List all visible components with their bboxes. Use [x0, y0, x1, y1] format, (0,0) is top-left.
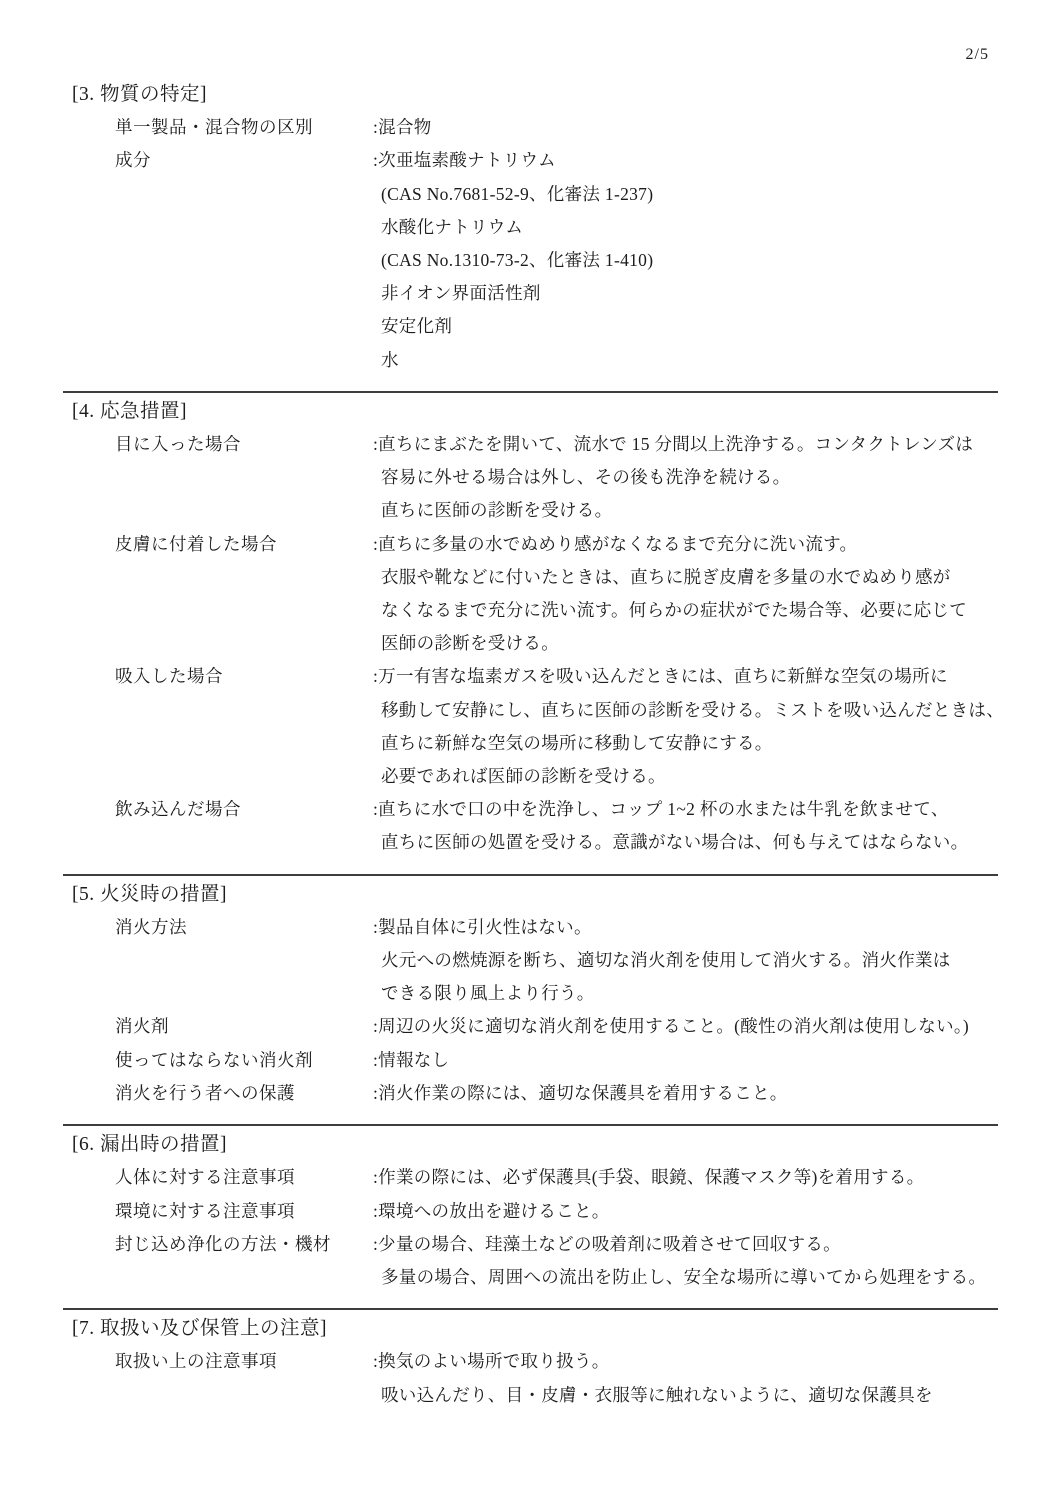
field-label: 人体に対する注意事項 [115, 1161, 373, 1194]
section-title: [5. 火災時の措置] [72, 878, 1061, 911]
section-title: [6. 漏出時の措置] [72, 1128, 1061, 1161]
field-row: 消火を行う者への保護 :消火作業の際には、適切な保護具を着用すること。 [115, 1077, 1061, 1110]
section-divider [63, 1308, 998, 1310]
field-row: 皮膚に付着した場合 :直ちに多量の水でぬめり感がなくなるまで充分に洗い流す。 衣… [115, 528, 1061, 661]
value-line: :周辺の火災に適切な消火剤を使用すること。(酸性の消火剤は使用しない。) [373, 1010, 1061, 1043]
field-value: :周辺の火災に適切な消火剤を使用すること。(酸性の消火剤は使用しない。) [373, 1010, 1061, 1043]
field-label: 成分 [115, 144, 373, 177]
value-line: :万一有害な塩素ガスを吸い込んだときには、直ちに新鮮な空気の場所に [373, 660, 1061, 693]
field-value: :混合物 [373, 111, 1061, 144]
page-number: 2/5 [966, 46, 989, 64]
field-label: 単一製品・混合物の区別 [115, 111, 373, 144]
section-first-aid: [4. 応急措置] 目に入った場合 :直ちにまぶたを開いて、流水で 15 分間以… [0, 395, 1061, 860]
field-value: :少量の場合、珪藻土などの吸着剤に吸着させて回収する。 多量の場合、周囲への流出… [373, 1228, 1061, 1294]
value-line: :次亜塩素酸ナトリウム [373, 144, 1061, 177]
field-row: 封じ込め浄化の方法・機材 :少量の場合、珪藻土などの吸着剤に吸着させて回収する。… [115, 1228, 1061, 1294]
value-line: 吸い込んだり、目・皮膚・衣服等に触れないように、適切な保護具を [373, 1379, 1061, 1412]
field-value: :環境への放出を避けること。 [373, 1195, 1061, 1228]
value-line: :消火作業の際には、適切な保護具を着用すること。 [373, 1077, 1061, 1110]
field-label: 消火方法 [115, 911, 373, 944]
field-value: :製品自体に引火性はない。 火元への燃焼源を断ち、適切な消火剤を使用して消火する… [373, 911, 1061, 1011]
field-row: 成分 :次亜塩素酸ナトリウム (CAS No.7681-52-9、化審法 1-2… [115, 144, 1061, 376]
field-value: :次亜塩素酸ナトリウム (CAS No.7681-52-9、化審法 1-237)… [373, 144, 1061, 376]
value-line: 必要であれば医師の診断を受ける。 [373, 760, 1061, 793]
value-line: :混合物 [373, 111, 1061, 144]
field-row: 環境に対する注意事項 :環境への放出を避けること。 [115, 1195, 1061, 1228]
value-line: (CAS No.7681-52-9、化審法 1-237) [373, 178, 1061, 211]
field-value: :換気のよい場所で取り扱う。 吸い込んだり、目・皮膚・衣服等に触れないように、適… [373, 1345, 1061, 1411]
field-label: 消火剤 [115, 1010, 373, 1043]
value-line: 直ちに医師の処置を受ける。意識がない場合は、何も与えてはならない。 [373, 826, 1061, 859]
value-line: 火元への燃焼源を断ち、適切な消火剤を使用して消火する。消火作業は [373, 944, 1061, 977]
value-line: 移動して安静にし、直ちに医師の診断を受ける。ミストを吸い込んだときは、 [373, 694, 1061, 727]
value-line: :直ちにまぶたを開いて、流水で 15 分間以上洗浄する。コンタクトレンズは [373, 428, 1061, 461]
section-title: [4. 応急措置] [72, 395, 1061, 428]
field-label: 皮膚に付着した場合 [115, 528, 373, 561]
field-row: 消火方法 :製品自体に引火性はない。 火元への燃焼源を断ち、適切な消火剤を使用し… [115, 911, 1061, 1011]
value-line: 医師の診断を受ける。 [373, 627, 1061, 660]
field-row: 飲み込んだ場合 :直ちに水で口の中を洗浄し、コップ 1~2 杯の水または牛乳を飲… [115, 793, 1061, 859]
value-line: :環境への放出を避けること。 [373, 1195, 1061, 1228]
field-row: 人体に対する注意事項 :作業の際には、必ず保護具(手袋、眼鏡、保護マスク等)を着… [115, 1161, 1061, 1194]
section-title: [7. 取扱い及び保管上の注意] [72, 1312, 1061, 1345]
field-value: :消火作業の際には、適切な保護具を着用すること。 [373, 1077, 1061, 1110]
field-value: :直ちに多量の水でぬめり感がなくなるまで充分に洗い流す。 衣服や靴などに付いたと… [373, 528, 1061, 661]
field-value: :情報なし [373, 1044, 1061, 1077]
value-line: 水 [373, 344, 1061, 377]
value-line: 容易に外せる場合は外し、その後も洗浄を続ける。 [373, 461, 1061, 494]
field-row: 単一製品・混合物の区別 :混合物 [115, 111, 1061, 144]
value-line: できる限り風上より行う。 [373, 977, 1061, 1010]
section-fire-fighting: [5. 火災時の措置] 消火方法 :製品自体に引火性はない。 火元への燃焼源を断… [0, 878, 1061, 1110]
field-label: 取扱い上の注意事項 [115, 1345, 373, 1378]
field-value: :直ちに水で口の中を洗浄し、コップ 1~2 杯の水または牛乳を飲ませて、 直ちに… [373, 793, 1061, 859]
field-row: 消火剤 :周辺の火災に適切な消火剤を使用すること。(酸性の消火剤は使用しない。) [115, 1010, 1061, 1043]
field-value: :万一有害な塩素ガスを吸い込んだときには、直ちに新鮮な空気の場所に 移動して安静… [373, 660, 1061, 793]
section-accidental-release: [6. 漏出時の措置] 人体に対する注意事項 :作業の際には、必ず保護具(手袋、… [0, 1128, 1061, 1294]
field-row: 取扱い上の注意事項 :換気のよい場所で取り扱う。 吸い込んだり、目・皮膚・衣服等… [115, 1345, 1061, 1411]
value-line: 直ちに新鮮な空気の場所に移動して安静にする。 [373, 727, 1061, 760]
field-label: 吸入した場合 [115, 660, 373, 693]
value-line: 直ちに医師の診断を受ける。 [373, 494, 1061, 527]
value-line: (CAS No.1310-73-2、化審法 1-410) [373, 244, 1061, 277]
field-row: 使ってはならない消火剤 :情報なし [115, 1044, 1061, 1077]
field-label: 目に入った場合 [115, 428, 373, 461]
value-line: :換気のよい場所で取り扱う。 [373, 1345, 1061, 1378]
value-line: :直ちに多量の水でぬめり感がなくなるまで充分に洗い流す。 [373, 528, 1061, 561]
value-line: 非イオン界面活性剤 [373, 277, 1061, 310]
value-line: :製品自体に引火性はない。 [373, 911, 1061, 944]
section-divider [63, 874, 998, 876]
field-row: 目に入った場合 :直ちにまぶたを開いて、流水で 15 分間以上洗浄する。コンタク… [115, 428, 1061, 528]
section-material-identification: [3. 物質の特定] 単一製品・混合物の区別 :混合物 成分 :次亜塩素酸ナトリ… [0, 0, 1061, 377]
section-handling-storage: [7. 取扱い及び保管上の注意] 取扱い上の注意事項 :換気のよい場所で取り扱う… [0, 1312, 1061, 1412]
section-divider [63, 1124, 998, 1126]
value-line: なくなるまで充分に洗い流す。何らかの症状がでた場合等、必要に応じて [373, 594, 1061, 627]
sds-document-page: 2/5 [3. 物質の特定] 単一製品・混合物の区別 :混合物 成分 :次亜塩素… [0, 0, 1061, 1500]
field-label: 消火を行う者への保護 [115, 1077, 373, 1110]
field-value: :直ちにまぶたを開いて、流水で 15 分間以上洗浄する。コンタクトレンズは 容易… [373, 428, 1061, 528]
value-line: :作業の際には、必ず保護具(手袋、眼鏡、保護マスク等)を着用する。 [373, 1161, 1061, 1194]
field-value: :作業の際には、必ず保護具(手袋、眼鏡、保護マスク等)を着用する。 [373, 1161, 1061, 1194]
field-label: 封じ込め浄化の方法・機材 [115, 1228, 373, 1261]
value-line: 水酸化ナトリウム [373, 211, 1061, 244]
value-line: 安定化剤 [373, 310, 1061, 343]
value-line: :情報なし [373, 1044, 1061, 1077]
field-label: 使ってはならない消火剤 [115, 1044, 373, 1077]
field-label: 環境に対する注意事項 [115, 1195, 373, 1228]
field-label: 飲み込んだ場合 [115, 793, 373, 826]
value-line: :直ちに水で口の中を洗浄し、コップ 1~2 杯の水または牛乳を飲ませて、 [373, 793, 1061, 826]
section-divider [63, 391, 998, 393]
value-line: 衣服や靴などに付いたときは、直ちに脱ぎ皮膚を多量の水でぬめり感が [373, 561, 1061, 594]
value-line: :少量の場合、珪藻土などの吸着剤に吸着させて回収する。 [373, 1228, 1061, 1261]
value-line: 多量の場合、周囲への流出を防止し、安全な場所に導いてから処理をする。 [373, 1261, 1061, 1294]
section-title: [3. 物質の特定] [72, 78, 1061, 111]
field-row: 吸入した場合 :万一有害な塩素ガスを吸い込んだときには、直ちに新鮮な空気の場所に… [115, 660, 1061, 793]
